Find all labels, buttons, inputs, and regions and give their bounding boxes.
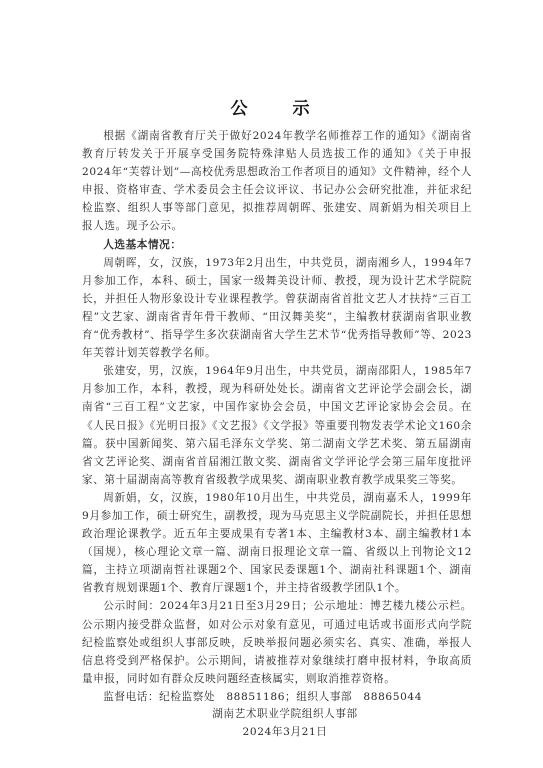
signature-date: 2024年3月21日	[205, 723, 365, 741]
document-body: 根据《湖南省教育厅关于做好2024年教学名师推荐工作的通知》《湖南省教育厅转发关…	[82, 127, 472, 706]
signature-organization: 湖南艺术职业学院组织人事部	[205, 705, 365, 723]
candidates-heading: 人选基本情况：	[82, 236, 472, 254]
document-title: 公 示	[82, 94, 472, 119]
candidate-paragraph-zhou-zhaohui: 周朝晖，女，汉族，1973年2月出生，中共党员，湖南湘乡人，1994年7月参加工…	[82, 254, 472, 363]
candidate-paragraph-zhang-jianan: 张建安，男，汉族，1964年9月出生，中共党员，湖南邵阳人，1985年7月参加工…	[82, 362, 472, 489]
intro-paragraph: 根据《湖南省教育厅关于做好2024年教学名师推荐工作的通知》《湖南省教育厅转发关…	[82, 127, 472, 236]
publicity-period-paragraph: 公示时间：2024年3月21日至3月29日；公示地址：博艺楼九楼公示栏。公示期内…	[82, 597, 472, 687]
candidate-paragraph-zhou-xinjuan: 周新娟，女，汉族，1980年10月出生，中共党员，湖南嘉禾人，1999年9月参加…	[82, 489, 472, 598]
signature-block: 湖南艺术职业学院组织人事部 2024年3月21日	[205, 705, 365, 741]
supervision-phone-paragraph: 监督电话：纪检监察处 88851186；组织人事部 88865044	[82, 688, 472, 706]
